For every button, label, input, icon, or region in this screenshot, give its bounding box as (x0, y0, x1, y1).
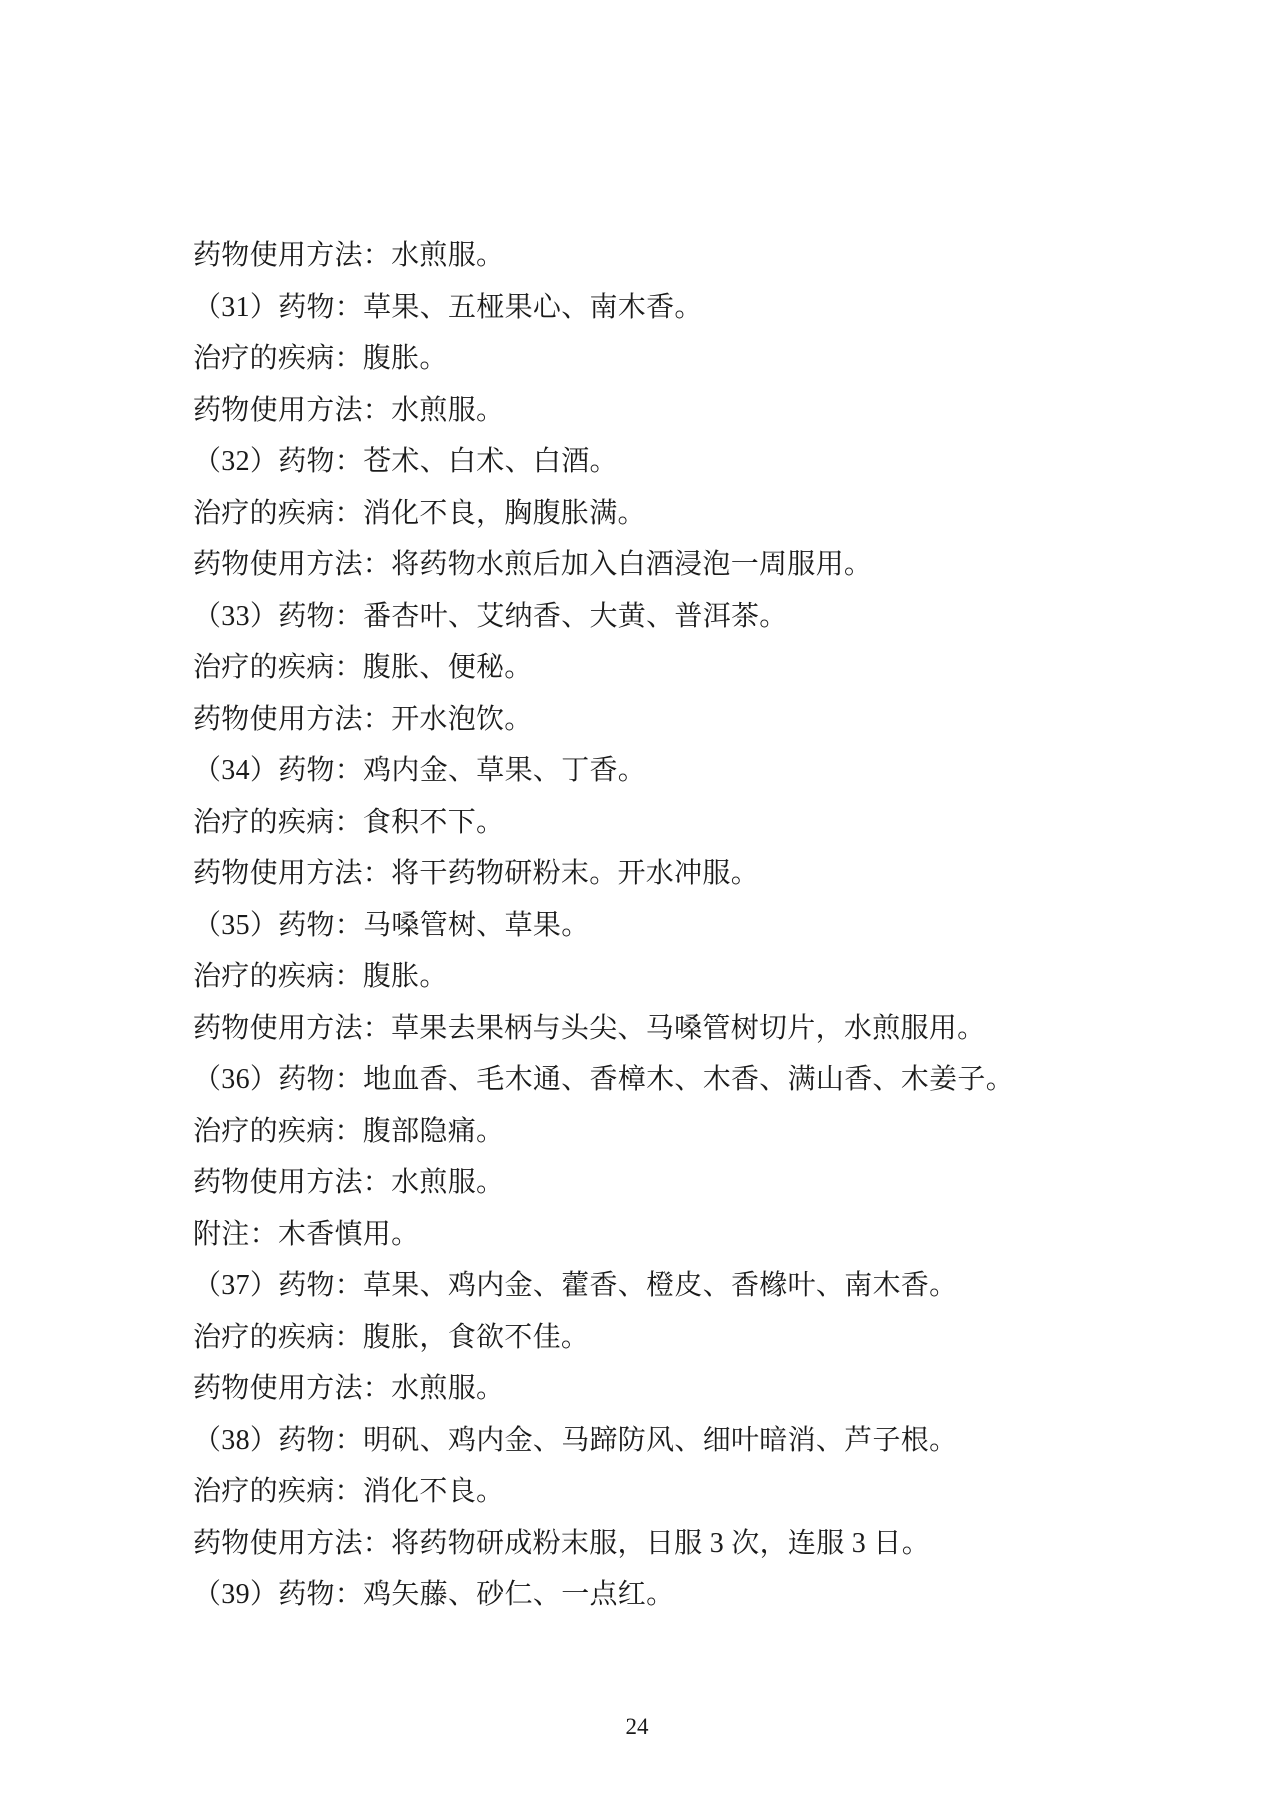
text-line: （39）药物：鸡矢藤、砂仁、一点红。 (193, 1569, 1203, 1621)
document-body: 药物使用方法：水煎服。 （31）药物：草果、五桠果心、南木香。 治疗的疾病：腹胀… (193, 230, 1203, 1621)
text-line: 治疗的疾病：腹胀。 (193, 951, 1203, 1003)
text-line: 治疗的疾病：腹胀，食欲不佳。 (193, 1312, 1203, 1364)
text-line: 药物使用方法：水煎服。 (193, 230, 1203, 282)
text-line: 治疗的疾病：腹胀。 (193, 333, 1203, 385)
text-line: 药物使用方法：将干药物研粉末。开水冲服。 (193, 848, 1203, 900)
document-page: 药物使用方法：水煎服。 （31）药物：草果、五桠果心、南木香。 治疗的疾病：腹胀… (0, 0, 1274, 1801)
text-line: 治疗的疾病：消化不良。 (193, 1466, 1203, 1518)
text-line: （32）药物：苍术、白术、白酒。 (193, 436, 1203, 488)
text-line: 治疗的疾病：消化不良，胸腹胀满。 (193, 488, 1203, 540)
text-line: 治疗的疾病：食积不下。 (193, 797, 1203, 849)
text-line: 药物使用方法：水煎服。 (193, 385, 1203, 437)
text-line: 药物使用方法：开水泡饮。 (193, 694, 1203, 746)
text-line: 药物使用方法：将药物研成粉末服，日服 3 次，连服 3 日。 (193, 1518, 1203, 1570)
text-line: （33）药物：番杏叶、艾纳香、大黄、普洱茶。 (193, 591, 1203, 643)
text-line: （37）药物：草果、鸡内金、藿香、橙皮、香橼叶、南木香。 (193, 1260, 1203, 1312)
text-line: （38）药物：明矾、鸡内金、马蹄防风、细叶暗消、芦子根。 (193, 1415, 1203, 1467)
text-line: 治疗的疾病：腹部隐痛。 (193, 1106, 1203, 1158)
text-line: 药物使用方法：草果去果柄与头尖、马嗓管树切片，水煎服用。 (193, 1003, 1203, 1055)
text-line: （36）药物：地血香、毛木通、香樟木、木香、满山香、木姜子。 (193, 1054, 1203, 1106)
page-number: 24 (0, 1714, 1274, 1740)
text-line: 治疗的疾病：腹胀、便秘。 (193, 642, 1203, 694)
text-line: （31）药物：草果、五桠果心、南木香。 (193, 282, 1203, 334)
text-line: 药物使用方法：水煎服。 (193, 1157, 1203, 1209)
text-line: 药物使用方法：将药物水煎后加入白酒浸泡一周服用。 (193, 539, 1203, 591)
text-line: 附注：木香慎用。 (193, 1209, 1203, 1261)
text-line: （35）药物：马嗓管树、草果。 (193, 900, 1203, 952)
text-line: （34）药物：鸡内金、草果、丁香。 (193, 745, 1203, 797)
text-line: 药物使用方法：水煎服。 (193, 1363, 1203, 1415)
